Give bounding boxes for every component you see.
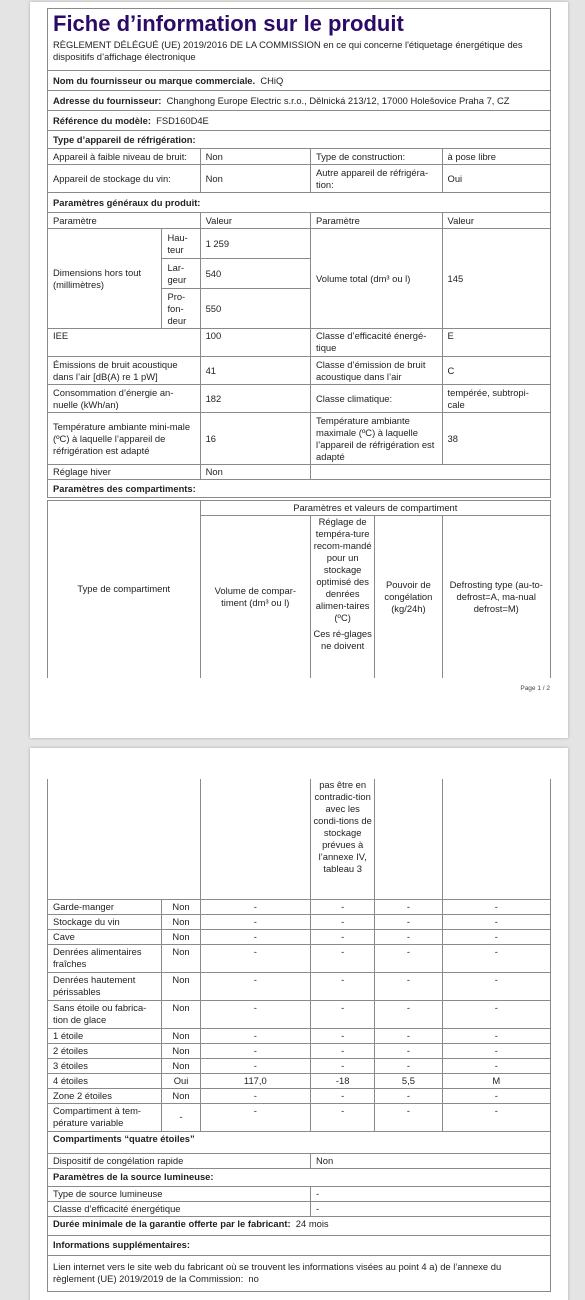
- compartment-freeze: -: [375, 929, 442, 944]
- compartment-temp: -: [311, 972, 375, 1000]
- compartment-volume: -: [200, 1103, 310, 1131]
- compartment-type: Cave: [48, 929, 162, 944]
- noise-emission-label: Émissions de bruit acoustique dans l’air…: [48, 357, 201, 385]
- compartment-present: Non: [162, 929, 200, 944]
- additional-info-row: Lien internet vers le site web du fabric…: [48, 1255, 551, 1291]
- compartment-type: Compartiment à tem-pérature variable: [48, 1103, 162, 1131]
- compartments-table: pas être en contradic-tion avec les cond…: [47, 779, 551, 1292]
- document-page-1: Fiche d’information sur le produit RÈGLE…: [30, 2, 568, 738]
- compartment-present: Non: [162, 1028, 200, 1043]
- supplier-name-label: Nom du fournisseur ou marque commerciale…: [53, 75, 255, 86]
- compartment-present: Non: [162, 899, 200, 914]
- warranty-label: Durée minimale de la garantie offerte pa…: [53, 1218, 291, 1229]
- light-type-value: -: [311, 1186, 551, 1201]
- max-ambient-temp-value: 38: [442, 413, 550, 465]
- additional-info-text: Lien internet vers le site web du fabric…: [53, 1261, 501, 1284]
- compartment-defrost: -: [442, 1028, 550, 1043]
- wine-storage-label: Appareil de stockage du vin:: [48, 165, 201, 193]
- compartment-type: Denrées alimentaires fraîches: [48, 944, 162, 972]
- compartment-volume: -: [200, 972, 310, 1000]
- annual-energy-label: Consommation d’énergie an-nuelle (kWh/an…: [48, 385, 201, 413]
- min-ambient-temp-label: Température ambiante mini-male (ºC) à la…: [48, 413, 201, 465]
- compartment-present: Oui: [162, 1073, 200, 1088]
- col-header-param-1: Paramètre: [48, 213, 201, 229]
- wine-storage-value: Non: [200, 165, 310, 193]
- climate-class-label: Classe climatique:: [311, 385, 443, 413]
- compartment-volume: -: [200, 914, 310, 929]
- construction-type-value: à pose libre: [442, 149, 550, 165]
- compartment-volume: -: [200, 1058, 310, 1073]
- page-number: Page 1 / 2: [520, 685, 550, 692]
- compartment-temp: -: [311, 1088, 375, 1103]
- header-continuation: [442, 779, 550, 899]
- compartment-present: Non: [162, 1058, 200, 1073]
- low-noise-value: Non: [200, 149, 310, 165]
- light-class-value: -: [311, 1201, 551, 1216]
- compartment-volume: -: [200, 899, 310, 914]
- compartment-type: Denrées hautement périssables: [48, 972, 162, 1000]
- supplier-name-value: CHiQ: [260, 75, 283, 86]
- compartment-present: -: [162, 1103, 200, 1131]
- col-header-group: Paramètres et valeurs de compartiment: [200, 501, 550, 516]
- compartment-temp: -: [311, 1043, 375, 1058]
- compartment-row: Garde-mangerNon----: [48, 899, 551, 914]
- iee-label: IEE: [48, 329, 201, 357]
- compartments-header-table: Type de compartiment Paramètres et valeu…: [47, 500, 551, 678]
- compartment-volume: -: [200, 1088, 310, 1103]
- compartment-present: Non: [162, 944, 200, 972]
- col-header-value-2: Valeur: [442, 213, 550, 229]
- compartment-freeze: -: [375, 1028, 442, 1043]
- light-type-label: Type de source lumineuse: [48, 1186, 311, 1201]
- empty-cell: [311, 465, 551, 480]
- min-ambient-temp-value: 16: [200, 413, 310, 465]
- compartment-freeze: 5,5: [375, 1073, 442, 1088]
- compartment-freeze: -: [375, 899, 442, 914]
- compartment-type: Garde-manger: [48, 899, 162, 914]
- construction-type-label: Type de construction:: [311, 149, 443, 165]
- warranty-value: 24 mois: [296, 1218, 329, 1229]
- col-header-value-1: Valeur: [200, 213, 310, 229]
- max-ambient-temp-label: Température ambiante maximale (ºC) à laq…: [311, 413, 443, 465]
- depth-value: 550: [200, 289, 310, 329]
- compartment-temp: -: [311, 1103, 375, 1131]
- compartments-heading: Paramètres des compartiments:: [48, 480, 551, 498]
- compartment-type: 1 étoile: [48, 1028, 162, 1043]
- compartment-defrost: -: [442, 1058, 550, 1073]
- col-header-temp-part1: Réglage de tempéra-ture recom-mandé pour…: [313, 516, 372, 624]
- col-header-compartment-type: Type de compartiment: [48, 501, 201, 678]
- supplier-address-label: Adresse du fournisseur:: [53, 95, 161, 106]
- compartment-defrost: -: [442, 899, 550, 914]
- compartment-row: 1 étoileNon----: [48, 1028, 551, 1043]
- compartment-defrost: -: [442, 1043, 550, 1058]
- warranty-row: Durée minimale de la garantie offerte pa…: [48, 1216, 551, 1235]
- additional-info-heading: Informations supplémentaires:: [48, 1235, 551, 1255]
- other-appliance-value: Oui: [442, 165, 550, 193]
- supplier-name-row: Nom du fournisseur ou marque commerciale…: [48, 71, 551, 91]
- compartment-present: Non: [162, 1088, 200, 1103]
- compartment-row: Sans étoile ou fabrica-tion de glaceNon-…: [48, 1000, 551, 1028]
- total-volume-value: 145: [442, 229, 550, 329]
- general-params-heading: Paramètres généraux du produit:: [48, 193, 551, 213]
- col-header-volume: Volume de compar-timent (dm³ ou l): [200, 516, 310, 678]
- compartment-defrost: -: [442, 944, 550, 972]
- compartment-row: Zone 2 étoilesNon----: [48, 1088, 551, 1103]
- compartment-volume: -: [200, 944, 310, 972]
- total-volume-label: Volume total (dm³ ou l): [311, 229, 443, 329]
- compartment-freeze: -: [375, 1103, 442, 1131]
- header-continuation: [200, 779, 310, 899]
- light-class-label: Classe d’efficacité énergétique: [48, 1201, 311, 1216]
- compartment-defrost: -: [442, 929, 550, 944]
- compartment-type: 3 étoiles: [48, 1058, 162, 1073]
- compartment-volume: -: [200, 929, 310, 944]
- compartment-type: 4 étoiles: [48, 1073, 162, 1088]
- compartment-row: Denrées alimentaires fraîchesNon----: [48, 944, 551, 972]
- dimensions-label: Dimensions hors tout (millimètres): [48, 229, 162, 329]
- winter-setting-value: Non: [200, 465, 310, 480]
- noise-class-label: Classe d’émission de bruit acoustique da…: [311, 357, 443, 385]
- compartment-type: Sans étoile ou fabrica-tion de glace: [48, 1000, 162, 1028]
- compartment-row: Compartiment à tem-pérature variable----…: [48, 1103, 551, 1131]
- col-header-freeze: Pouvoir de congélation (kg/24h): [375, 516, 442, 678]
- compartment-temp: -: [311, 944, 375, 972]
- compartment-defrost: -: [442, 1088, 550, 1103]
- compartment-present: Non: [162, 914, 200, 929]
- col-header-temp-part2: Ces ré-glages ne doivent: [313, 628, 372, 652]
- compartment-present: Non: [162, 972, 200, 1000]
- compartment-volume: -: [200, 1000, 310, 1028]
- model-ref-row: Référence du modèle: FSD160D4E: [48, 111, 551, 131]
- supplier-address-value: Changhong Europe Electric s.r.o., Dělnic…: [167, 95, 510, 106]
- header-continuation: [375, 779, 442, 899]
- col-header-temp: Réglage de tempéra-ture recom-mandé pour…: [311, 516, 375, 678]
- page-title: Fiche d’information sur le produit: [48, 9, 551, 39]
- model-ref-value: FSD160D4E: [156, 115, 209, 126]
- compartment-freeze: -: [375, 914, 442, 929]
- compartment-volume: 117,0: [200, 1073, 310, 1088]
- compartment-freeze: -: [375, 1043, 442, 1058]
- compartment-row: 3 étoilesNon----: [48, 1058, 551, 1073]
- compartment-present: Non: [162, 1000, 200, 1028]
- energy-class-label: Classe d’efficacité énergé-tique: [311, 329, 443, 357]
- winter-setting-label: Réglage hiver: [48, 465, 201, 480]
- header-continuation: [48, 779, 201, 899]
- compartment-type: Zone 2 étoiles: [48, 1088, 162, 1103]
- compartment-defrost: -: [442, 914, 550, 929]
- noise-emission-value: 41: [200, 357, 310, 385]
- width-value: 540: [200, 259, 310, 289]
- compartment-row: Stockage du vinNon----: [48, 914, 551, 929]
- compartment-freeze: -: [375, 944, 442, 972]
- compartment-temp: -: [311, 929, 375, 944]
- iee-value: 100: [200, 329, 310, 357]
- compartment-type: 2 étoiles: [48, 1043, 162, 1058]
- annual-energy-value: 182: [200, 385, 310, 413]
- other-appliance-label: Autre appareil de réfrigéra-tion:: [311, 165, 443, 193]
- light-heading: Paramètres de la source lumineuse:: [48, 1168, 551, 1186]
- energy-class-value: E: [442, 329, 550, 357]
- height-value: 1 259: [200, 229, 310, 259]
- compartment-freeze: -: [375, 972, 442, 1000]
- low-noise-label: Appareil à faible niveau de bruit:: [48, 149, 201, 165]
- model-ref-label: Référence du modèle:: [53, 115, 151, 126]
- compartment-volume: -: [200, 1028, 310, 1043]
- document-page-2: pas être en contradic-tion avec les cond…: [30, 748, 568, 1300]
- compartment-temp: -: [311, 914, 375, 929]
- col-header-defrost: Defrosting type (au-to-defrost=A, ma-nua…: [442, 516, 550, 678]
- climate-class-value: tempérée, subtropi-cale: [442, 385, 550, 413]
- compartment-freeze: -: [375, 1058, 442, 1073]
- width-label: Lar-geur: [162, 259, 200, 289]
- compartment-volume: -: [200, 1043, 310, 1058]
- compartment-temp: -: [311, 1000, 375, 1028]
- noise-class-value: C: [442, 357, 550, 385]
- regulation-text: RÈGLEMENT DÉLÉGUÉ (UE) 2019/2016 DE LA C…: [48, 39, 551, 71]
- compartment-defrost: -: [442, 1000, 550, 1028]
- supplier-address-row: Adresse du fournisseur: Changhong Europe…: [48, 91, 551, 111]
- compartment-row: CaveNon----: [48, 929, 551, 944]
- compartment-defrost: M: [442, 1073, 550, 1088]
- compartment-temp: -: [311, 1028, 375, 1043]
- compartment-row: Denrées hautement périssablesNon----: [48, 972, 551, 1000]
- compartment-defrost: -: [442, 972, 550, 1000]
- appliance-type-heading: Type d’appareil de réfrigération:: [48, 131, 551, 149]
- compartment-temp: -18: [311, 1073, 375, 1088]
- four-star-heading: Compartiments “quatre étoiles”: [48, 1131, 551, 1153]
- product-info-table: Fiche d’information sur le produit RÈGLE…: [47, 8, 551, 498]
- height-label: Hau-teur: [162, 229, 200, 259]
- compartment-row: 4 étoilesOui117,0-185,5M: [48, 1073, 551, 1088]
- compartment-present: Non: [162, 1043, 200, 1058]
- col-header-param-2: Paramètre: [311, 213, 443, 229]
- compartment-type: Stockage du vin: [48, 914, 162, 929]
- compartment-freeze: -: [375, 1000, 442, 1028]
- compartment-defrost: -: [442, 1103, 550, 1131]
- compartment-temp: -: [311, 899, 375, 914]
- compartment-temp: -: [311, 1058, 375, 1073]
- additional-info-value: no: [248, 1273, 258, 1284]
- compartment-freeze: -: [375, 1088, 442, 1103]
- depth-label: Pro-fon-deur: [162, 289, 200, 329]
- fast-freeze-label: Dispositif de congélation rapide: [48, 1153, 311, 1168]
- compartment-row: 2 étoilesNon----: [48, 1043, 551, 1058]
- col-header-temp-continued: pas être en contradic-tion avec les cond…: [311, 779, 375, 899]
- fast-freeze-value: Non: [311, 1153, 551, 1168]
